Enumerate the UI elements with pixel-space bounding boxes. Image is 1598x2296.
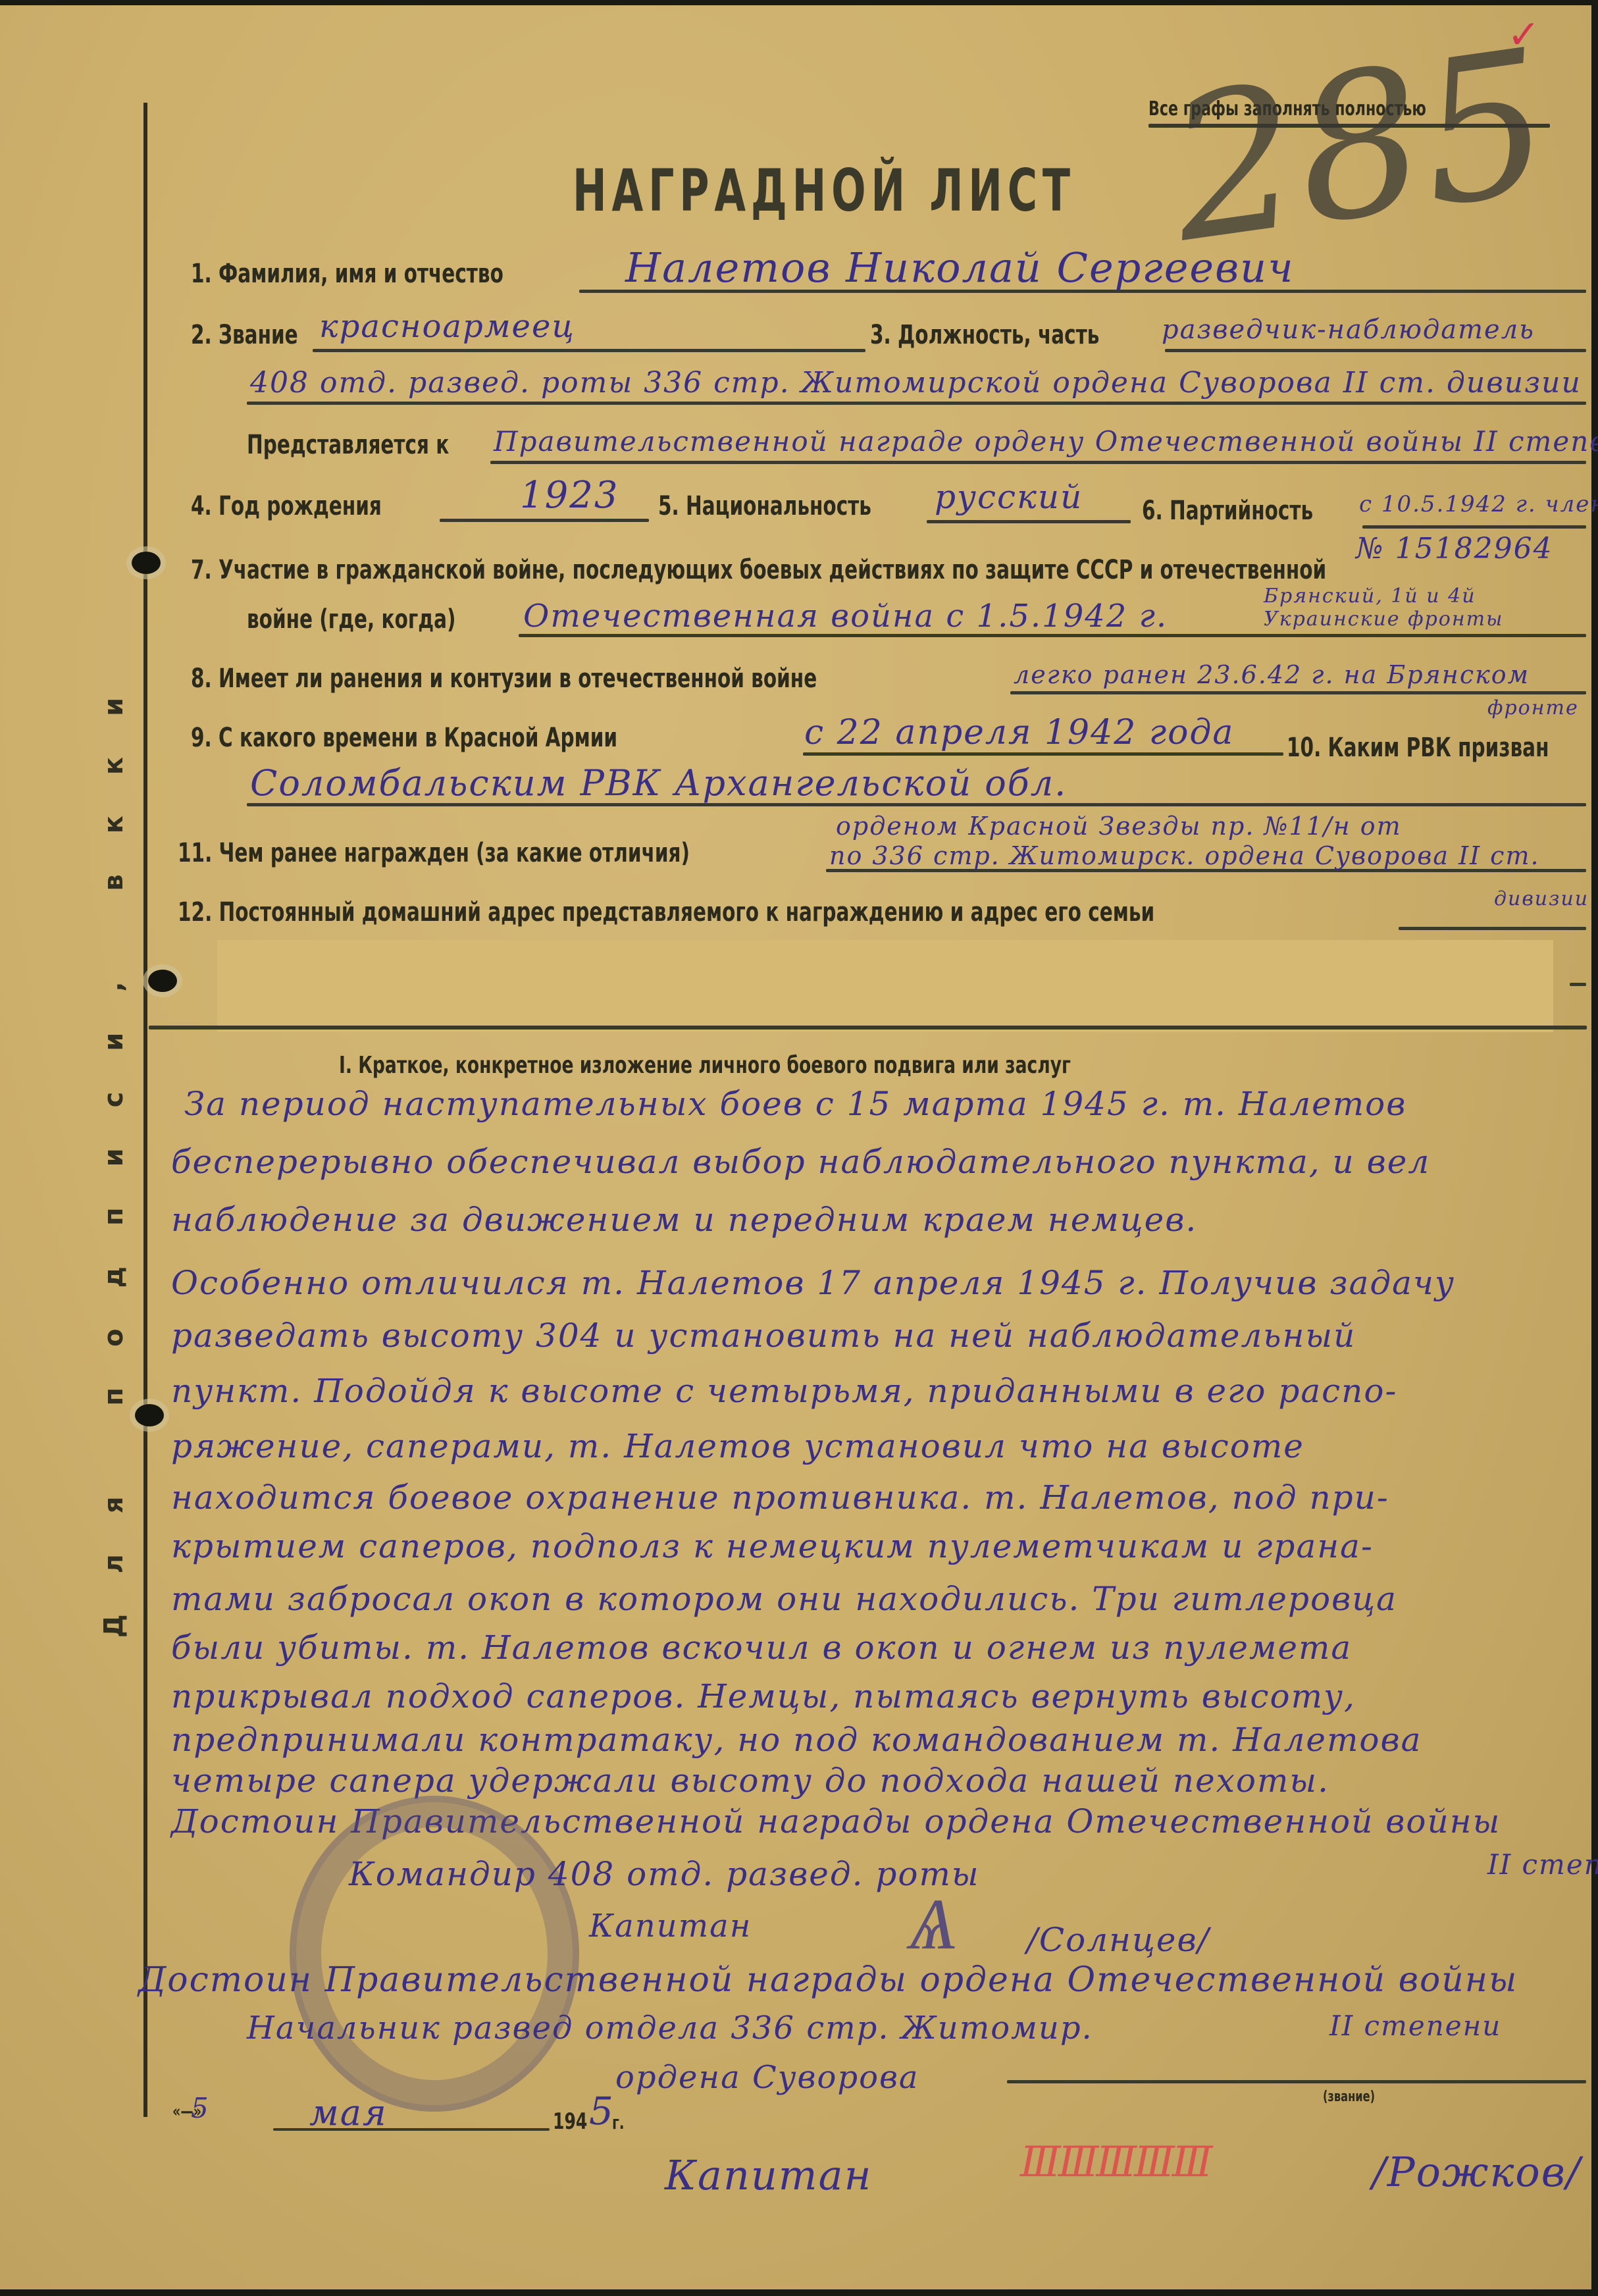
- field-9-line: [803, 752, 1283, 756]
- field-5-value[interactable]: русский: [935, 478, 1083, 516]
- field-7-note[interactable]: Брянский, 1й и 4й Украинские фронты: [1264, 585, 1593, 631]
- field-8-note[interactable]: фронте: [1487, 696, 1579, 719]
- field-8-label: 8. Имеет ли ранения и контузии в отечест…: [191, 664, 817, 694]
- narrative-line: предпринимали контратаку, но под командо…: [171, 1721, 1422, 1759]
- narrative-line: разведать высоту 304 и установить на ней…: [171, 1317, 1356, 1355]
- field-6-label: 6. Партийность: [1142, 496, 1313, 526]
- narrative-line: прикрывал подход саперов. Немцы, пытаясь…: [171, 1677, 1356, 1715]
- nominated-for-line: [490, 461, 1586, 464]
- endorsement-cont: II степени: [1329, 2010, 1501, 2042]
- field-11-note2[interactable]: дивизии: [1494, 887, 1589, 910]
- red-signature[interactable]: ⅢⅢⅢⅢⅢ: [1020, 2138, 1210, 2187]
- date-month: мая: [309, 2092, 388, 2133]
- field-4-value[interactable]: 1923: [520, 474, 619, 517]
- date-suffix: г.: [612, 2112, 625, 2133]
- field-6-value[interactable]: с 10.5.1942 г. член ВЛКСМ: [1359, 491, 1598, 517]
- field-11-note[interactable]: орденом Красной Звезды пр. №11/н от: [836, 812, 1402, 841]
- award-sheet-page: ✓ Все графы заполнять полностью 285 НАГР…: [0, 5, 1591, 2289]
- narrative-line: четыре сапера удержали высоту до подхода…: [171, 1761, 1329, 1800]
- narrative-line: Особенно отличился т. Налетов 17 апреля …: [171, 1264, 1455, 1302]
- field-4-line: [440, 519, 649, 522]
- field-2-value[interactable]: красноармеец: [319, 308, 575, 345]
- date-day: 5: [191, 2092, 210, 2124]
- field-7-label: 7. Участие в гражданской войне, последую…: [191, 555, 1326, 585]
- narrative-line: были убиты. т. Налетов вскочил в окоп и …: [171, 1629, 1352, 1667]
- field-3-line: [1165, 349, 1586, 352]
- field-12-label: 12. Постоянный домашний адрес представля…: [178, 897, 1154, 927]
- chief-title-cont: ордена Суворова: [615, 2059, 919, 2096]
- narrative-line: крытием саперов, подполз к немецким пуле…: [171, 1527, 1374, 1565]
- page-title: НАГРАДНОЙ ЛИСТ: [573, 157, 1075, 224]
- field-6-line: [1362, 525, 1586, 529]
- field-2-line: [313, 349, 865, 352]
- binding-hole: [148, 970, 177, 992]
- narrative-line: ряжение, саперами, т. Налетов установил …: [171, 1427, 1304, 1465]
- rank-caption: (звание): [1323, 2089, 1375, 2105]
- narrative-line: За период наступательных боев с 15 марта…: [184, 1085, 1406, 1123]
- nominated-for-value[interactable]: Правительственной награде ордену Отечест…: [494, 425, 1598, 457]
- narrative-line: находится боевое охранение противника. т…: [171, 1478, 1389, 1517]
- section-divider: [149, 1026, 1587, 1030]
- field-1-label: 1. Фамилия, имя и отчество: [191, 259, 503, 289]
- field-5-label: 5. Национальность: [658, 491, 871, 521]
- commander-signature[interactable]: Ѧ: [908, 1881, 960, 1966]
- redacted-address: [217, 940, 1553, 1032]
- narrative-line: бесперерывно обеспечивал выбор наблюдате…: [171, 1143, 1430, 1181]
- field-4-label: 4. Год рождения: [191, 491, 382, 521]
- field-8-line: [1010, 691, 1586, 694]
- narrative-line: II степени: [1487, 1848, 1598, 1881]
- commander-rank: Капитан: [589, 1908, 752, 1944]
- narrative-line: пункт. Подойдя к высоте с четырьмя, прид…: [171, 1372, 1397, 1410]
- tick: [1570, 983, 1586, 986]
- field-3-cont-line: [247, 402, 1586, 405]
- official-seal-stamp: [290, 1796, 579, 2112]
- field-10-value[interactable]: Соломбальским РВК Архангельской обл.: [250, 762, 1067, 804]
- endorsement-text: Достоин Правительственной награды ордена…: [138, 1960, 1518, 2000]
- date-year-print: 194: [553, 2108, 587, 2135]
- field-1-value[interactable]: Налетов Николай Сергеевич: [625, 244, 1295, 292]
- field-11-value[interactable]: по 336 стр. Житомирск. ордена Суворова I…: [829, 841, 1540, 870]
- narrative-line: наблюдение за движением и передним краем…: [171, 1201, 1197, 1239]
- field-9-label: 9. С какого времени в Красной Армии: [191, 723, 617, 753]
- field-9-value[interactable]: с 22 апреля 1942 года: [804, 713, 1234, 752]
- field-5-line: [927, 520, 1131, 523]
- commander-title: Командир 408 отд. развед. роты: [349, 1855, 980, 1893]
- field-11-label: 11. Чем ранее награжден (за какие отличи…: [178, 838, 690, 868]
- field-10-label: 10. Каким РВК призван: [1287, 733, 1549, 763]
- nominated-for-label: Представляется к: [247, 430, 449, 460]
- field-6-note[interactable]: № 15182964: [1356, 532, 1553, 565]
- chief-title: Начальник развед отдела 336 стр. Житомир…: [247, 2010, 1093, 2047]
- field-8-value[interactable]: легко ранен 23.6.42 г. на Брянском: [1014, 660, 1530, 689]
- field-7-label-cont: войне (где, когда): [247, 604, 455, 635]
- binding-hole: [135, 1404, 164, 1426]
- chief-name: /Рожков/: [1372, 2148, 1582, 2196]
- margin-border: [143, 103, 147, 2117]
- binding-hole: [132, 552, 161, 574]
- narrative-body: За период наступательных боев с 15 марта…: [171, 1085, 1586, 1822]
- chief-rank: Капитан: [665, 2151, 872, 2199]
- title-line: [1007, 2080, 1586, 2083]
- field-3-value[interactable]: разведчик-наблюдатель: [1162, 315, 1535, 345]
- field-3-value-cont[interactable]: 408 отд. развед. роты 336 стр. Житомирск…: [250, 366, 1582, 400]
- narrative-line: тами забросал окоп в котором они находил…: [171, 1580, 1397, 1618]
- section-heading: I. Краткое, конкретное изложение личного…: [339, 1052, 1071, 1079]
- field-3-label: 3. Должность, часть: [870, 320, 1099, 350]
- date-year-hand: 5: [589, 2089, 615, 2133]
- field-12-line: [1399, 927, 1586, 930]
- field-2-label: 2. Звание: [191, 320, 298, 350]
- commander-name: /Солнцев/: [1027, 1921, 1210, 1959]
- field-7-value[interactable]: Отечественная война с 1.5.1942 г.: [523, 598, 1168, 635]
